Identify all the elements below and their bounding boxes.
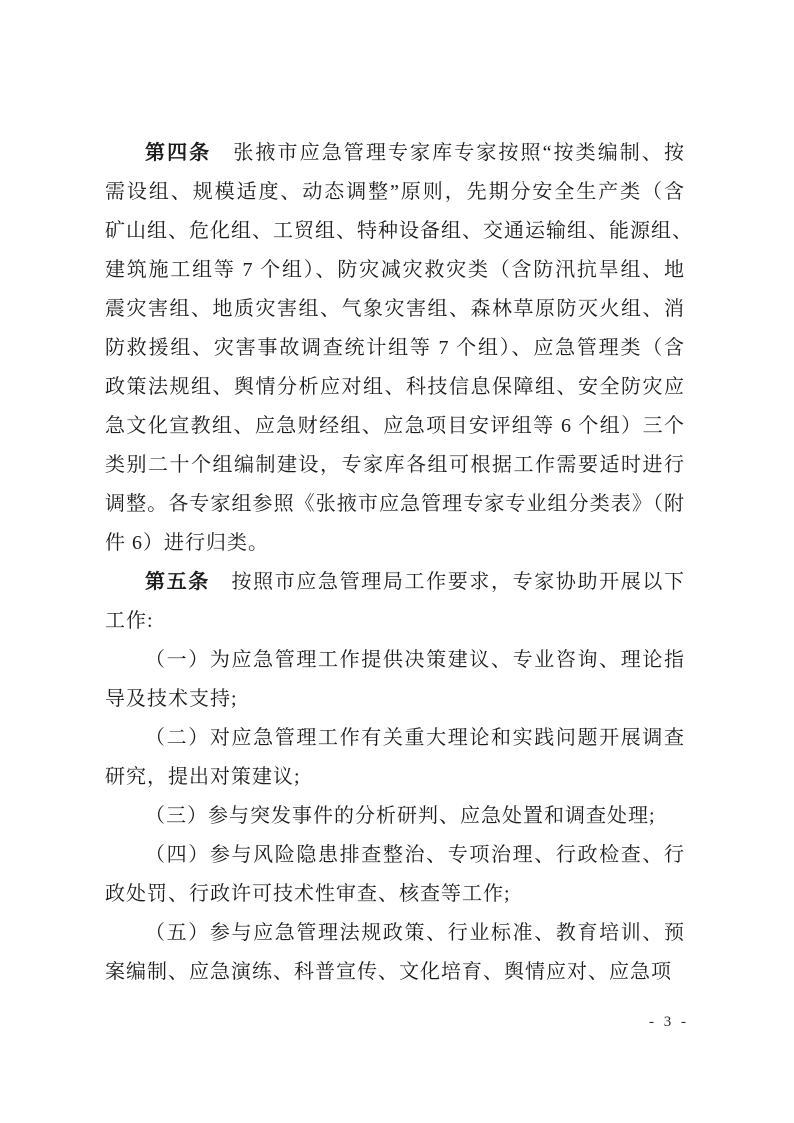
text-line: （三）参与突发事件的分析研判、应急处置和调查处理;: [105, 797, 685, 836]
text-line: 件 6）进行归类。: [105, 524, 685, 563]
document-body: 第四条 张掖市应急管理专家库专家按照“按类编制、按需设组、规模适度、动态调整”原…: [105, 134, 685, 992]
text-line: 防救援组、灾害事故调查统计组等 7 个组）、应急管理类（含: [105, 329, 685, 368]
text-line: 需设组、规模适度、动态调整”原则，先期分安全生产类（含: [105, 173, 685, 212]
article-number-heading: 第四条: [145, 142, 211, 164]
text-line: （一）为应急管理工作提供决策建议、专业咨询、理论指: [105, 641, 685, 680]
text-line: 矿山组、危化组、工贸组、特种设备组、交通运输组、能源组、: [105, 212, 685, 251]
paragraph: 第五条 按照市应急管理局工作要求，专家协助开展以下工作:: [105, 563, 685, 641]
document-page: 第四条 张掖市应急管理专家库专家按照“按类编制、按需设组、规模适度、动态调整”原…: [0, 0, 794, 1123]
text-line: 政处罚、行政许可技术性审查、核查等工作;: [105, 875, 685, 914]
text-line: 类别二十个组编制建设，专家库各组可根据工作需要适时进行: [105, 446, 685, 485]
text-line: 震灾害组、地质灾害组、气象灾害组、森林草原防灭火组、消: [105, 290, 685, 329]
page-number: - 3 -: [649, 1014, 689, 1031]
text-line: 调整。各专家组参照《张掖市应急管理专家专业组分类表》（附: [105, 485, 685, 524]
text-line: （四）参与风险隐患排查整治、专项治理、行政检查、行: [105, 836, 685, 875]
text-line: 工作:: [105, 602, 685, 641]
paragraph: 第四条 张掖市应急管理专家库专家按照“按类编制、按需设组、规模适度、动态调整”原…: [105, 134, 685, 563]
text-line: （二）对应急管理工作有关重大理论和实践问题开展调查: [105, 719, 685, 758]
text-line: 急文化宣教组、应急财经组、应急项目安评组等 6 个组）三个: [105, 407, 685, 446]
text-line: 政策法规组、舆情分析应对组、科技信息保障组、安全防灾应: [105, 368, 685, 407]
text-line: 第四条 张掖市应急管理专家库专家按照“按类编制、按: [105, 134, 685, 173]
text-line: （五）参与应急管理法规政策、行业标准、教育培训、预: [105, 914, 685, 953]
text-line: 研究，提出对策建议;: [105, 758, 685, 797]
text-line: 第五条 按照市应急管理局工作要求，专家协助开展以下: [105, 563, 685, 602]
paragraph: （四）参与风险隐患排查整治、专项治理、行政检查、行政处罚、行政许可技术性审查、核…: [105, 836, 685, 914]
text-line: 导及技术支持;: [105, 680, 685, 719]
paragraph: （一）为应急管理工作提供决策建议、专业咨询、理论指导及技术支持;: [105, 641, 685, 719]
paragraph: （五）参与应急管理法规政策、行业标准、教育培训、预案编制、应急演练、科普宣传、文…: [105, 914, 685, 992]
text-line: 案编制、应急演练、科普宣传、文化培育、舆情应对、应急项: [105, 953, 685, 992]
text-line: 建筑施工组等 7 个组）、防灾减灾救灾类（含防汛抗旱组、地: [105, 251, 685, 290]
paragraph: （二）对应急管理工作有关重大理论和实践问题开展调查研究，提出对策建议;: [105, 719, 685, 797]
paragraph: （三）参与突发事件的分析研判、应急处置和调查处理;: [105, 797, 685, 836]
article-number-heading: 第五条: [145, 571, 210, 593]
